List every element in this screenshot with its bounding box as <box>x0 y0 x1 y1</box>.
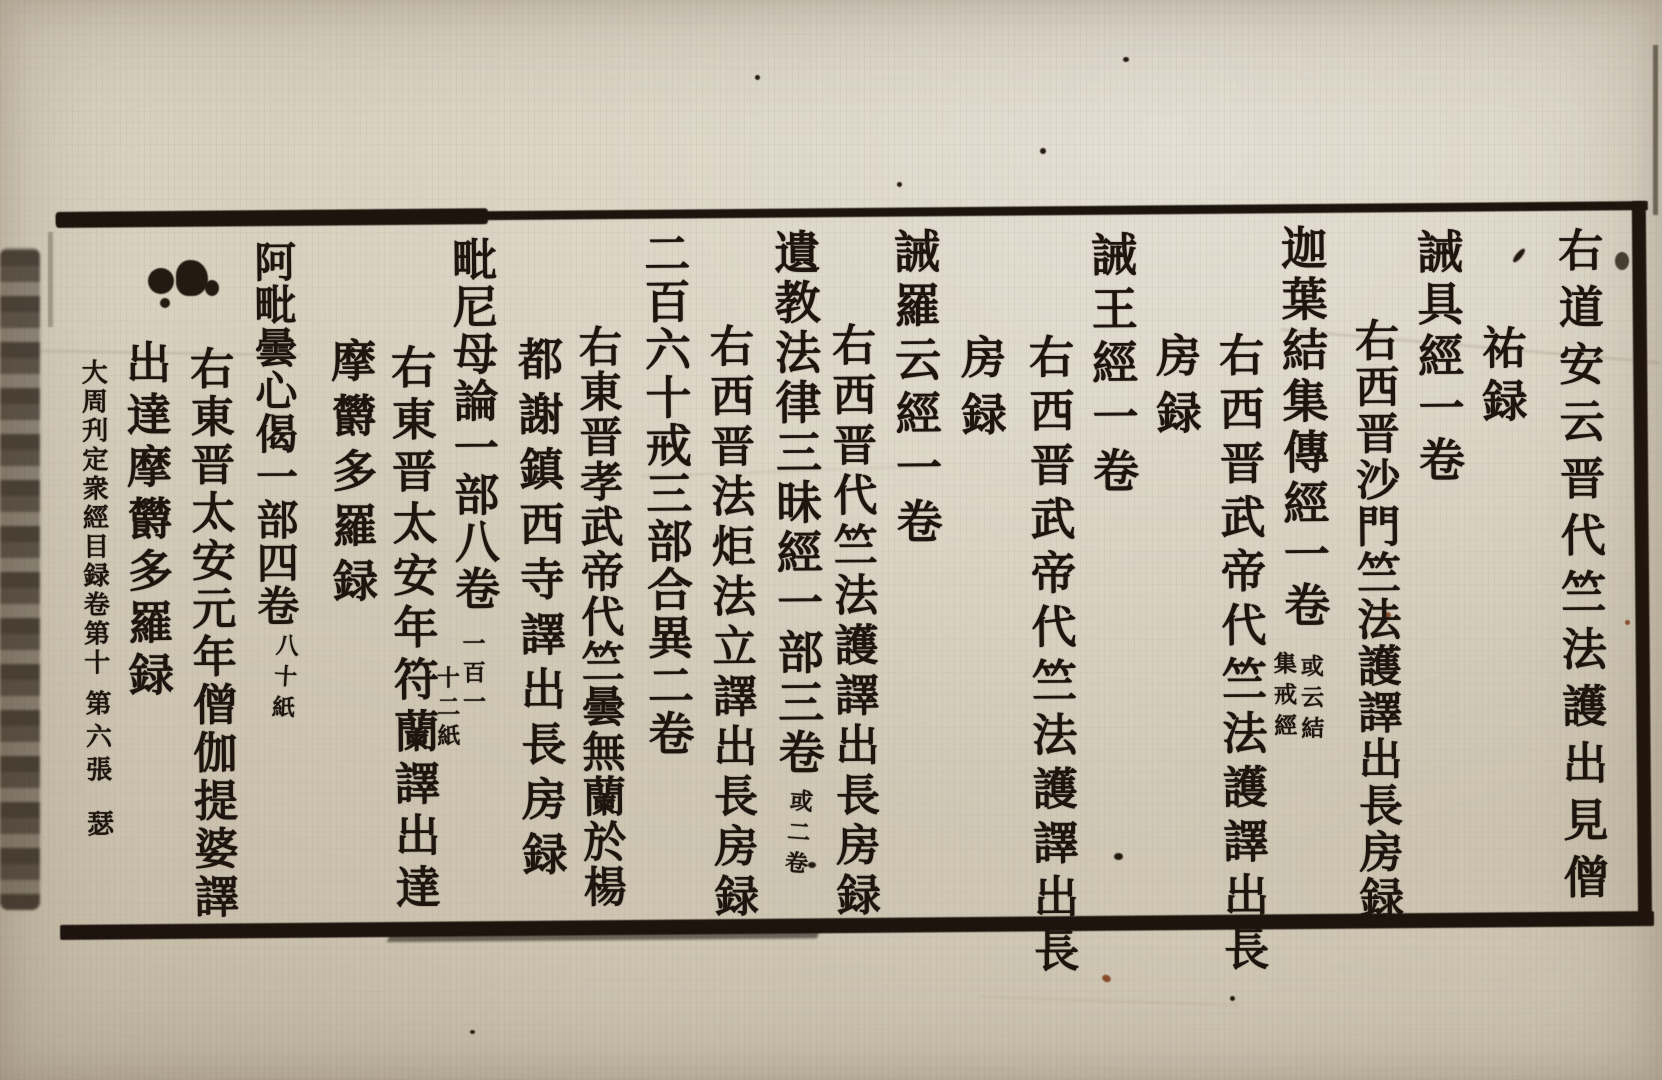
note-sheet-count-apitan: 八十紙 <box>269 632 298 726</box>
ink-speck <box>1230 996 1235 1001</box>
footer-sheet-number: 第六張 <box>83 690 110 789</box>
entry-column-jiewangjing: 誡王經一卷 <box>1088 231 1136 501</box>
attribution-column-jiewangjing: 右西晋武帝代竺法護譯出長 <box>1025 333 1076 981</box>
frame-border-top-heavy-segment <box>56 208 488 228</box>
scanned-woodblock-page: 右道安云晋代竺法護出見僧 祐録 誡具經一卷 右西晋沙門竺法護譯出長房録 迦葉結集… <box>0 0 1662 1080</box>
ink-speck <box>1040 148 1046 154</box>
note-sheet-count-pinimu-left: 十二紙 <box>435 665 459 752</box>
summary-column-daoan: 右道安云晋代竺法護出見僧 <box>1554 226 1605 910</box>
entry-column-yijiaofalu: 遺教法律三昧經一部三卷 <box>771 228 822 778</box>
attribution-column-jiejujing: 右西晋沙門竺法護譯出長房録 <box>1350 317 1399 922</box>
continuation-column-dujie-temple: 都謝鎮西寺譯出長房録 <box>514 336 564 886</box>
printed-page-frame: 右道安云晋代竺法護出見僧 祐録 誡具經一卷 右西晋沙門竺法護譯出長房録 迦葉結集… <box>52 193 1658 955</box>
continuation-column-damoyuduoluolu-2: 出達摩欝多羅録 <box>122 339 170 703</box>
right-paper-edge-line <box>1653 45 1658 215</box>
ink-speck <box>897 182 902 187</box>
ink-speck <box>755 75 760 80</box>
frame-border-right <box>1632 201 1652 924</box>
attribution-column-erbailiushijie: 右東晋孝武帝代竺曇無蘭於楊 <box>575 324 623 909</box>
left-edge-ink-smudge <box>0 248 40 910</box>
paper-crease <box>980 995 1240 1006</box>
ink-speck <box>1123 57 1129 62</box>
note-alt-volumes-yijiao: 或二卷 <box>782 788 812 883</box>
note-alt-title-jieji-left: 集戒經 <box>1272 651 1296 744</box>
ink-speck <box>470 1030 475 1034</box>
entry-column-erbailiushijie: 二百六十戒三部合異二卷 <box>641 229 692 757</box>
entry-column-jiejujing: 誡具經一卷 <box>1414 228 1462 488</box>
continuation-column-fanglu-1: 房録 <box>1152 332 1198 446</box>
entry-column-jiashejieji: 迦葉結集傳經一卷 <box>1278 224 1328 632</box>
attribution-column-apitanxinji: 右東晋太安元年僧伽提婆譯 <box>185 345 234 921</box>
note-alt-title-jieji-right: 或云結 <box>1299 654 1323 747</box>
attribution-column-jiashejieji: 右西晋武帝代竺法護譯出長 <box>1215 331 1266 979</box>
footer-qianziwen-mark: 瑟 <box>84 810 111 837</box>
continuation-column-fanglu-2: 房録 <box>957 334 1003 448</box>
rust-speck <box>1101 973 1112 983</box>
entry-column-jieluoyunjing: 誡羅云經一卷 <box>891 227 940 551</box>
attribution-column-jieluoyunjing: 右西晋代竺法護譯出長房録 <box>827 322 876 922</box>
continuation-column-damoyuduoluolu-1: 摩欝多羅録 <box>327 337 374 612</box>
note-sheet-count-pinimu-right: 一百一 <box>460 631 484 718</box>
continuation-column-youlu: 祐録 <box>1478 324 1524 430</box>
attribution-column-yijiaofalu: 右西晋法炬法立譯出長房録 <box>705 323 754 923</box>
entry-column-pinimulun: 毗尼母論一部八卷 <box>448 236 496 612</box>
attribution-column-pinimulun: 右東晋太安年符蘭譯出達 <box>387 344 437 916</box>
entry-column-apitanxinji: 阿毗曇心偈一部四卷 <box>251 240 296 627</box>
footer-catalog-title: 大周刋定衆經目録卷第十 <box>79 359 108 678</box>
